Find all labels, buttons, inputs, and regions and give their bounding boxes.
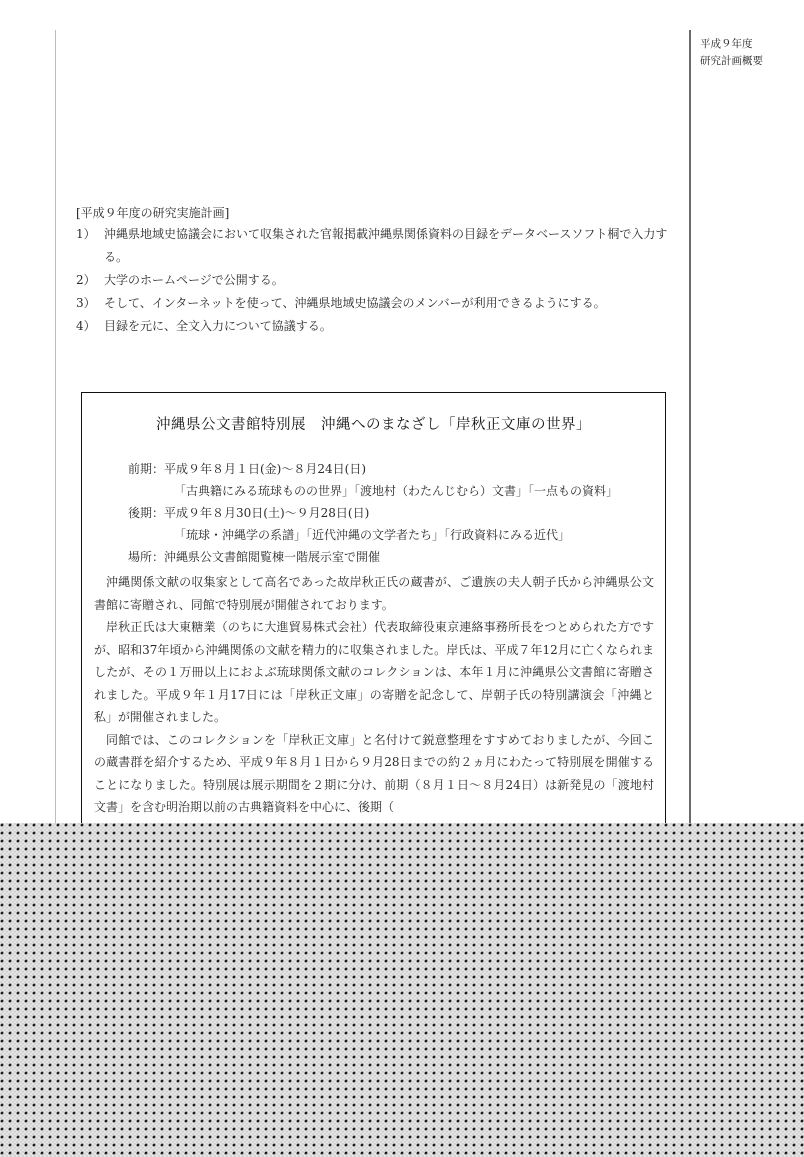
page-edge-line (55, 30, 56, 830)
plan-item-number: 4） (76, 315, 104, 338)
plan-list-item: 2） 大学のホームページで公開する。 (76, 269, 686, 292)
research-plan-heading: [平成９年度の研究実施計画] (76, 203, 686, 223)
description-paragraph: 同館では、このコレクションを「岸秋正文庫」と名付けて鋭意整理をすすめておりました… (94, 729, 654, 819)
description-paragraph: 岸秋正氏は大東糖業（のちに大進貿易株式会社）代表取締役東京連絡事務所長をつとめら… (94, 616, 654, 729)
running-header: 平成９年度 研究計画概要 (700, 36, 763, 70)
plan-item-text: 大学のホームページで公開する。 (104, 269, 686, 292)
research-plan-section: [平成９年度の研究実施計画] 1） 沖縄県地域史協議会において収集された官報掲載… (76, 203, 686, 338)
plan-item-text: そして、インターネットを使って、沖縄県地域史協議会のメンバーが利用できるようにす… (104, 292, 686, 315)
schedule-second-period-themes: 「琉球・沖縄学の系譜」「近代沖縄の文学者たち」「行政資料にみる近代」 (128, 524, 648, 546)
plan-list-item: 1） 沖縄県地域史協議会において収集された官報掲載沖縄県関係資料の目録をデータベ… (76, 223, 686, 269)
schedule-first-period: 前期：平成９年８月１日(金)～８月24日(日) (128, 458, 648, 480)
exhibition-description: 沖縄関係文献の収集家として高名であった故岸秋正氏の蔵書が、ご遺族の夫人朝子氏から… (94, 571, 654, 819)
plan-item-number: 3） (76, 292, 104, 315)
exhibition-schedule: 前期：平成９年８月１日(金)～８月24日(日) 「古典籍にみる琉球ものの世界」「… (128, 458, 648, 568)
plan-item-number: 2） (76, 269, 104, 292)
margin-divider-line (689, 30, 691, 830)
running-header-title: 研究計画概要 (700, 53, 763, 70)
schedule-venue: 場所：沖縄県公文書館閲覧棟一階展示室で開催 (128, 546, 648, 568)
schedule-second-period: 後期：平成９年８月30日(土)～９月28日(日) (128, 502, 648, 524)
running-header-year: 平成９年度 (700, 36, 763, 53)
plan-item-text: 沖縄県地域史協議会において収集された官報掲載沖縄県関係資料の目録をデータベースソ… (104, 223, 686, 269)
plan-item-number: 1） (76, 223, 104, 269)
dotted-mask-overlay (0, 823, 804, 1157)
plan-list-item: 4） 目録を元に、全文入力について協議する。 (76, 315, 686, 338)
plan-item-text: 目録を元に、全文入力について協議する。 (104, 315, 686, 338)
plan-list-item: 3） そして、インターネットを使って、沖縄県地域史協議会のメンバーが利用できるよ… (76, 292, 686, 315)
schedule-first-period-themes: 「古典籍にみる琉球ものの世界」「渡地村（わたんじむら）文書」「一点もの資料」 (128, 480, 648, 502)
exhibition-notice-box: 沖縄県公文書館特別展 沖縄へのまなざし「岸秋正文庫の世界」 前期：平成９年８月１… (81, 392, 666, 852)
description-paragraph: 沖縄関係文献の収集家として高名であった故岸秋正氏の蔵書が、ご遺族の夫人朝子氏から… (94, 571, 654, 616)
exhibition-title: 沖縄県公文書館特別展 沖縄へのまなざし「岸秋正文庫の世界」 (82, 413, 665, 434)
